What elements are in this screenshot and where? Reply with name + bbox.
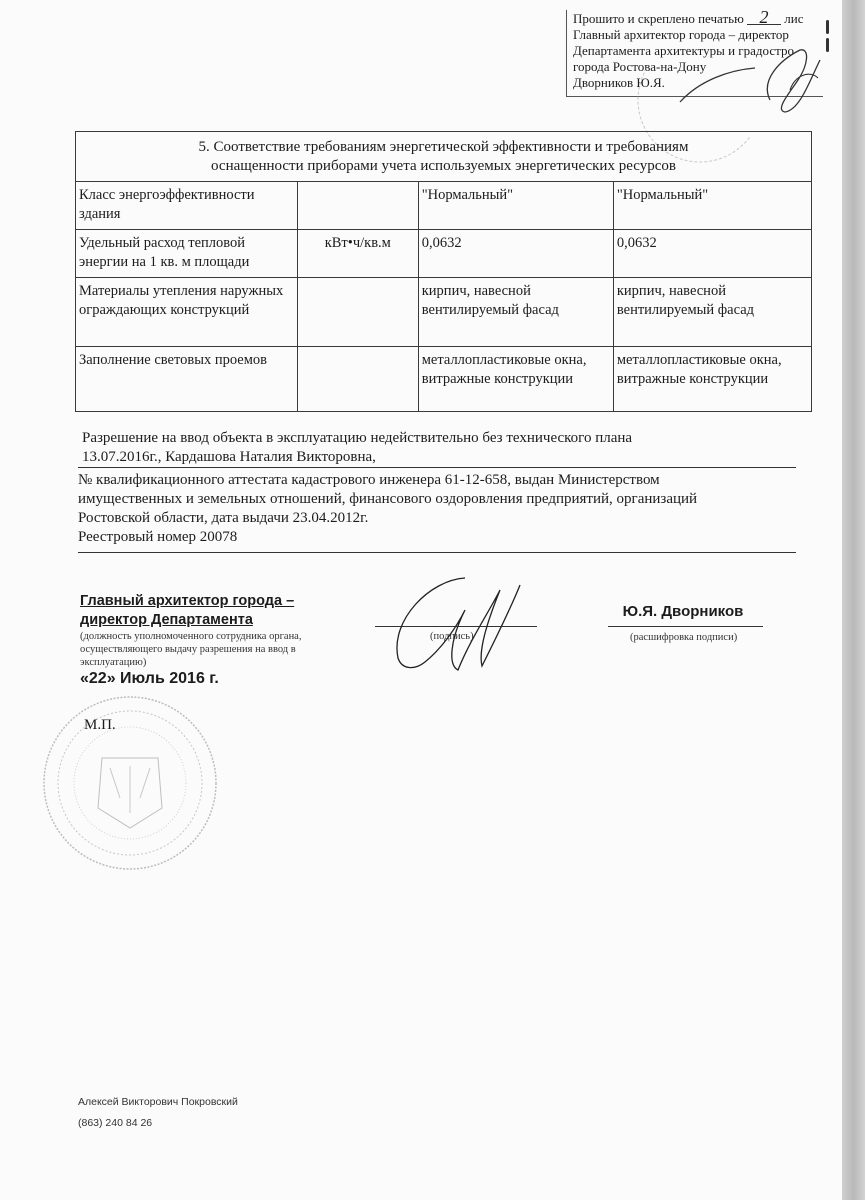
official-round-seal-icon bbox=[30, 688, 230, 878]
row-unit bbox=[297, 278, 418, 347]
row-planned: "Нормальный" bbox=[418, 182, 613, 230]
scan-mark bbox=[826, 20, 829, 34]
row-label: Класс энергоэффективности здания bbox=[76, 182, 298, 230]
note-line-5: Ростовской области, дата выдачи 23.04.20… bbox=[78, 509, 368, 528]
position-caption: (должность уполномоченного сотрудника ор… bbox=[80, 630, 301, 669]
signer-name: Ю.Я. Дворников bbox=[603, 603, 763, 620]
row-actual: 0,0632 bbox=[613, 230, 811, 278]
row-actual: "Нормальный" bbox=[613, 182, 811, 230]
sheet-count: 2 bbox=[747, 10, 781, 25]
divider bbox=[78, 552, 796, 553]
note-line-1: Разрешение на ввод объекта в эксплуатаци… bbox=[82, 429, 632, 448]
row-planned: металлопластиковые окна, витражные конст… bbox=[418, 347, 613, 412]
scan-edge-strip bbox=[842, 0, 865, 1200]
row-unit bbox=[297, 347, 418, 412]
row-unit bbox=[297, 182, 418, 230]
row-label: Материалы утепления наружных ограждающих… bbox=[76, 278, 298, 347]
note-line-3: № квалификационного аттестата кадастрово… bbox=[78, 471, 660, 490]
registry-number: Реестровый номер 20078 bbox=[78, 528, 237, 547]
signer-position: Главный архитектор города – директор Деп… bbox=[80, 592, 294, 630]
binding-stamp-line1: Прошито и скреплено печатью 2 лис bbox=[573, 10, 823, 27]
row-label: Заполнение световых проемов bbox=[76, 347, 298, 412]
row-planned: кирпич, навесной вентилируемый фасад bbox=[418, 278, 613, 347]
contact-name: Алексей Викторович Покровский bbox=[78, 1096, 238, 1108]
energy-efficiency-table: 5. Соответствие требованиям энергетическ… bbox=[75, 131, 812, 412]
divider bbox=[78, 467, 796, 468]
row-label: Удельный расход тепловой энергии на 1 кв… bbox=[76, 230, 298, 278]
note-line-4: имущественных и земельных отношений, фин… bbox=[78, 490, 697, 509]
seal-label: М.П. bbox=[84, 717, 116, 734]
row-actual: металлопластиковые окна, витражные конст… bbox=[613, 347, 811, 412]
row-unit: кВт•ч/кв.м bbox=[297, 230, 418, 278]
signer-name-underline bbox=[608, 626, 763, 627]
handwritten-signature-icon bbox=[370, 570, 530, 680]
signer-caption: (расшифровка подписи) bbox=[630, 631, 737, 644]
issue-date: «22» Июль 2016 г. bbox=[80, 670, 219, 688]
table-row: Класс энергоэффективности здания "Нормал… bbox=[76, 182, 812, 230]
contact-phone: (863) 240 84 26 bbox=[78, 1117, 152, 1129]
table-row: Удельный расход тепловой энергии на 1 кв… bbox=[76, 230, 812, 278]
row-actual: кирпич, навесной вентилируемый фасад bbox=[613, 278, 811, 347]
section-title: 5. Соответствие требованиям энергетическ… bbox=[76, 132, 812, 182]
note-line-2: 13.07.2016г., Кардашова Наталия Викторов… bbox=[82, 448, 376, 467]
row-planned: 0,0632 bbox=[418, 230, 613, 278]
table-row: Заполнение световых проемов металлопласт… bbox=[76, 347, 812, 412]
table-row: Материалы утепления наружных ограждающих… bbox=[76, 278, 812, 347]
